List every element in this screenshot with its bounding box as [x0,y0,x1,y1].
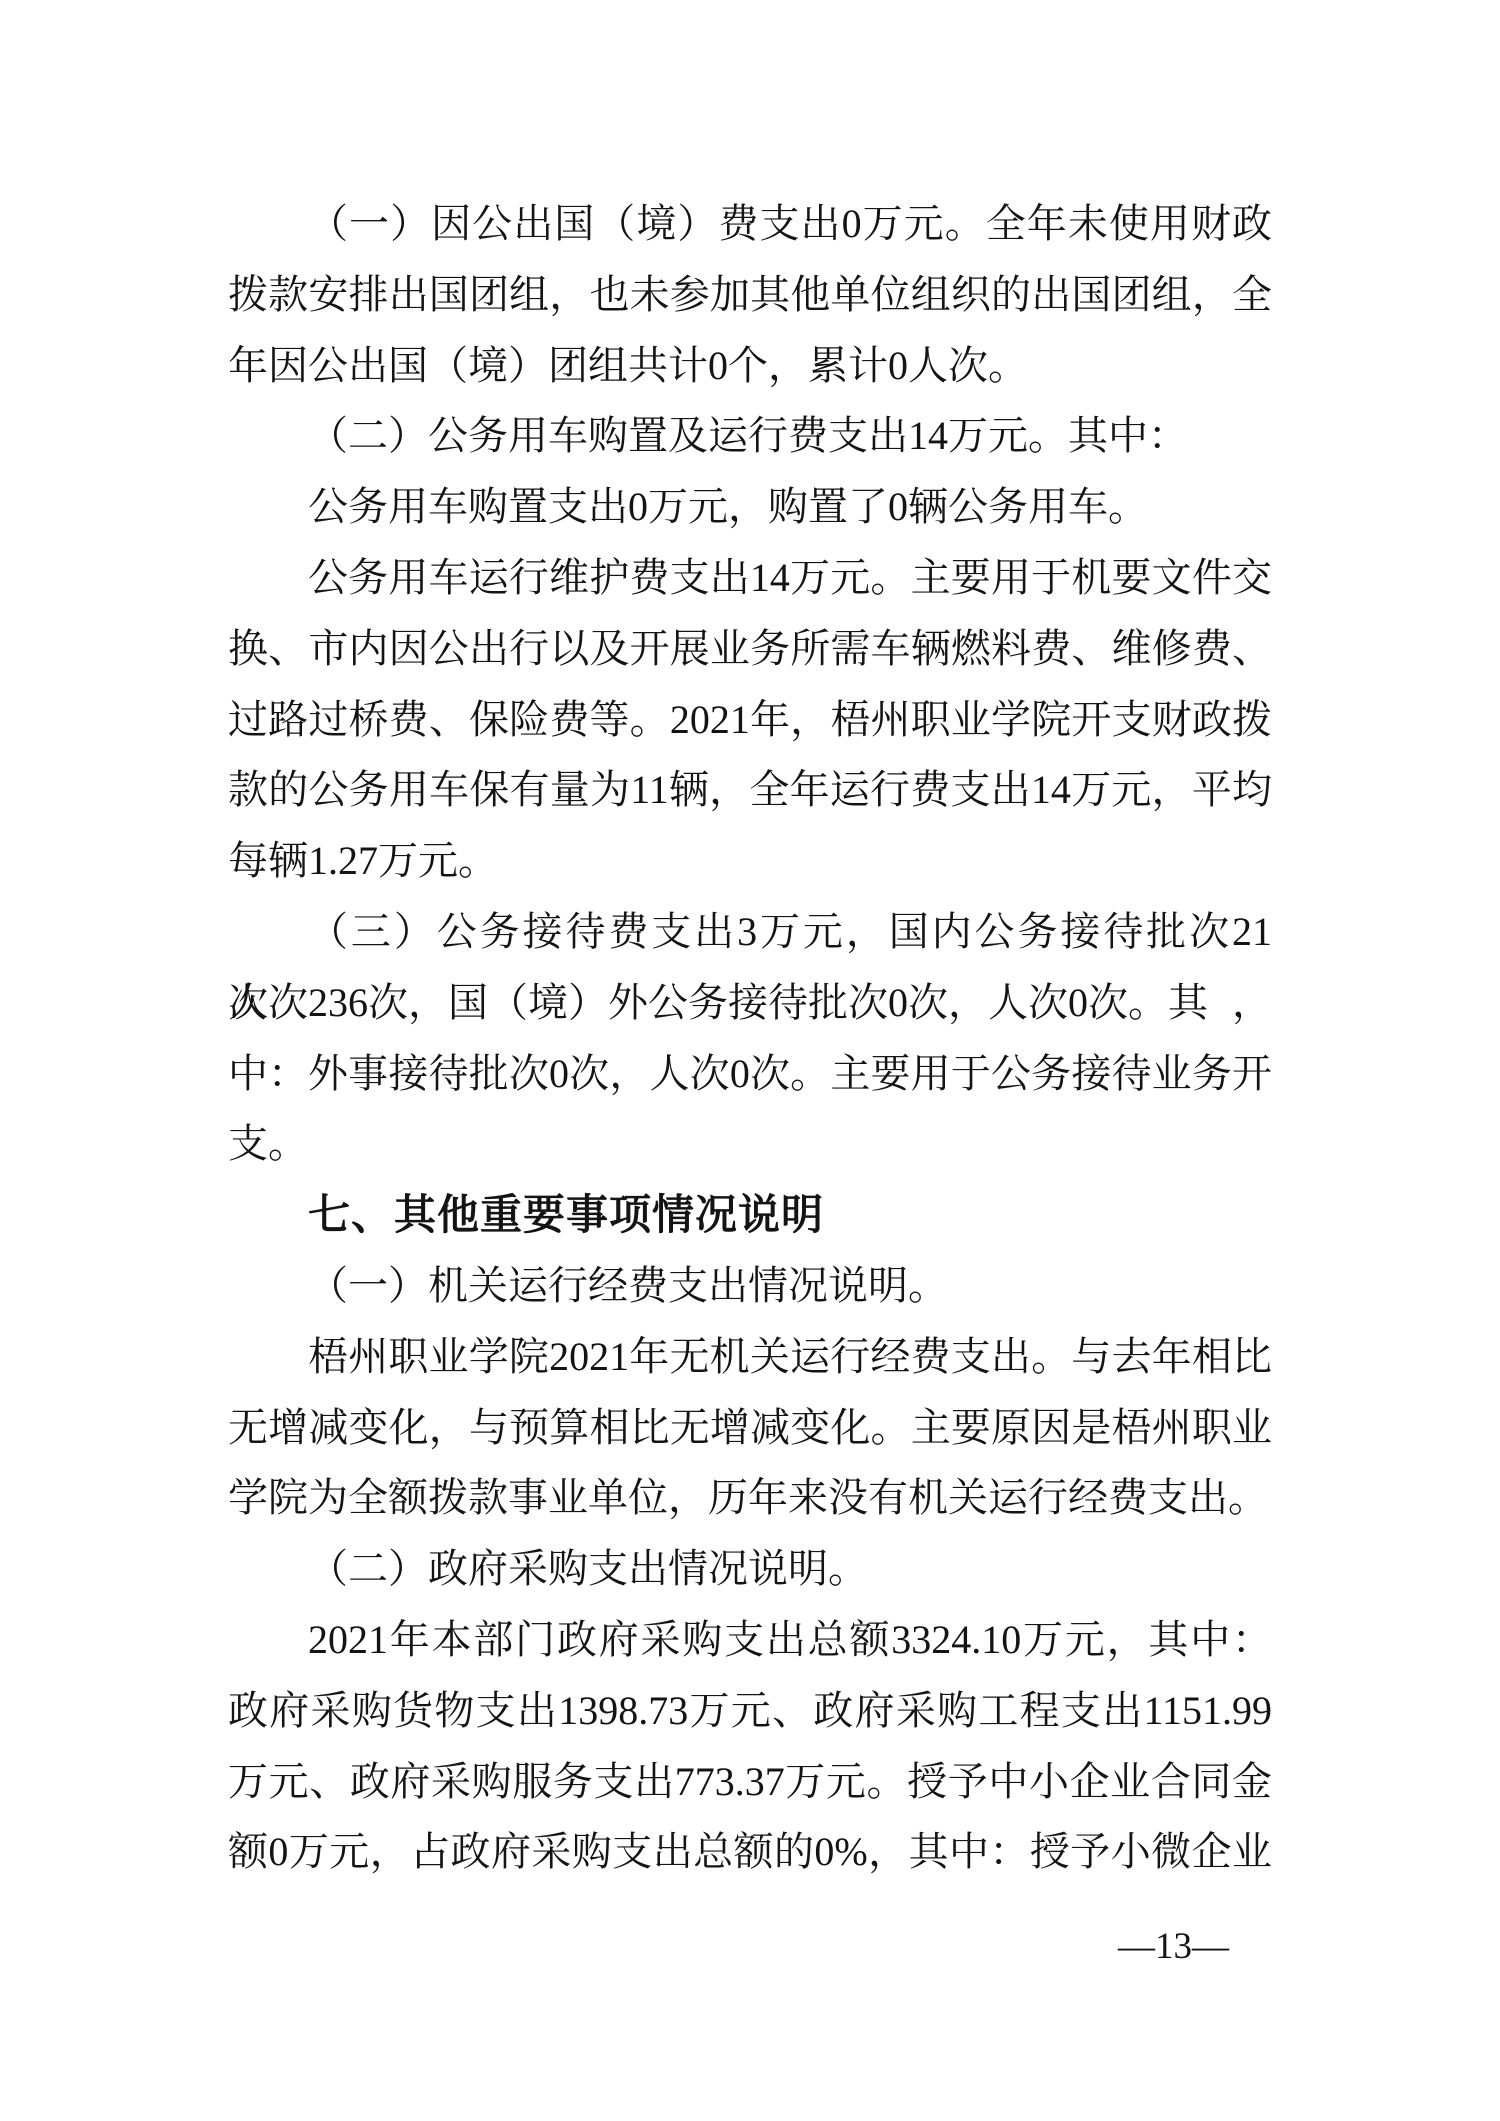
text-line: 政府采购货物支出1398.73万元、政府采购工程支出1151.99 [228,1676,1272,1747]
text-line: 万元、政府采购服务支出773.37万元。授予中小企业合同金 [228,1747,1272,1818]
text-line: 人次236次，国（境）外公务接待批次0次，人次0次。其中： [228,968,1272,1039]
text-line: 过路过桥费、保险费等。2021年，梧州职业学院开支财政拨 [228,685,1272,756]
text-line: 每辆1.27万元。 [228,826,1272,897]
text-line: 换、市内因公出行以及开展业务所需车辆燃料费、维修费、 [228,614,1272,685]
text-line: 学院为全额拨款事业单位，历年来没有机关运行经费支出。 [228,1463,1272,1534]
text-line: 年因公出国（境）团组共计0个，累计0人次。 [228,331,1272,402]
text-line: 公务用车购置支出0万元，购置了0辆公务用车。 [228,472,1272,543]
text-line: 额0万元，占政府采购支出总额的0%，其中：授予小微企业 [228,1817,1272,1888]
text-line: 无增减变化，与预算相比无增减变化。主要原因是梧州职业 [228,1393,1272,1464]
text-line: （二）公务用车购置及运行费支出14万元。其中： [228,401,1272,472]
text-line: （一）因公出国（境）费支出0万元。全年未使用财政 [228,189,1272,260]
text-line: 公务用车运行维护费支出14万元。主要用于机要文件交 [228,543,1272,614]
section-heading: 七、其他重要事项情况说明 [228,1180,1272,1251]
page-number: —13— [1118,1922,1229,1972]
text-line: 外事接待批次0次，人次0次。主要用于公务接待业务开 [228,1039,1272,1110]
text-block: （一）因公出国（境）费支出0万元。全年未使用财政拨款安排出国团组，也未参加其他单… [228,189,1272,1888]
text-line: （二）政府采购支出情况说明。 [228,1534,1272,1605]
text-line: 支。 [228,1109,1272,1180]
text-line: 梧州职业学院2021年无机关运行经费支出。与去年相比 [228,1322,1272,1393]
text-line: （三）公务接待费支出3万元，国内公务接待批次21次， [228,897,1272,968]
text-line: 2021年本部门政府采购支出总额3324.10万元，其中： [228,1605,1272,1676]
text-line: （一）机关运行经费支出情况说明。 [228,1251,1272,1322]
text-line: 款的公务用车保有量为11辆，全年运行费支出14万元，平均 [228,755,1272,826]
document-page: （一）因公出国（境）费支出0万元。全年未使用财政拨款安排出国团组，也未参加其他单… [0,0,1500,2121]
text-line: 拨款安排出国团组，也未参加其他单位组织的出国团组，全 [228,260,1272,331]
